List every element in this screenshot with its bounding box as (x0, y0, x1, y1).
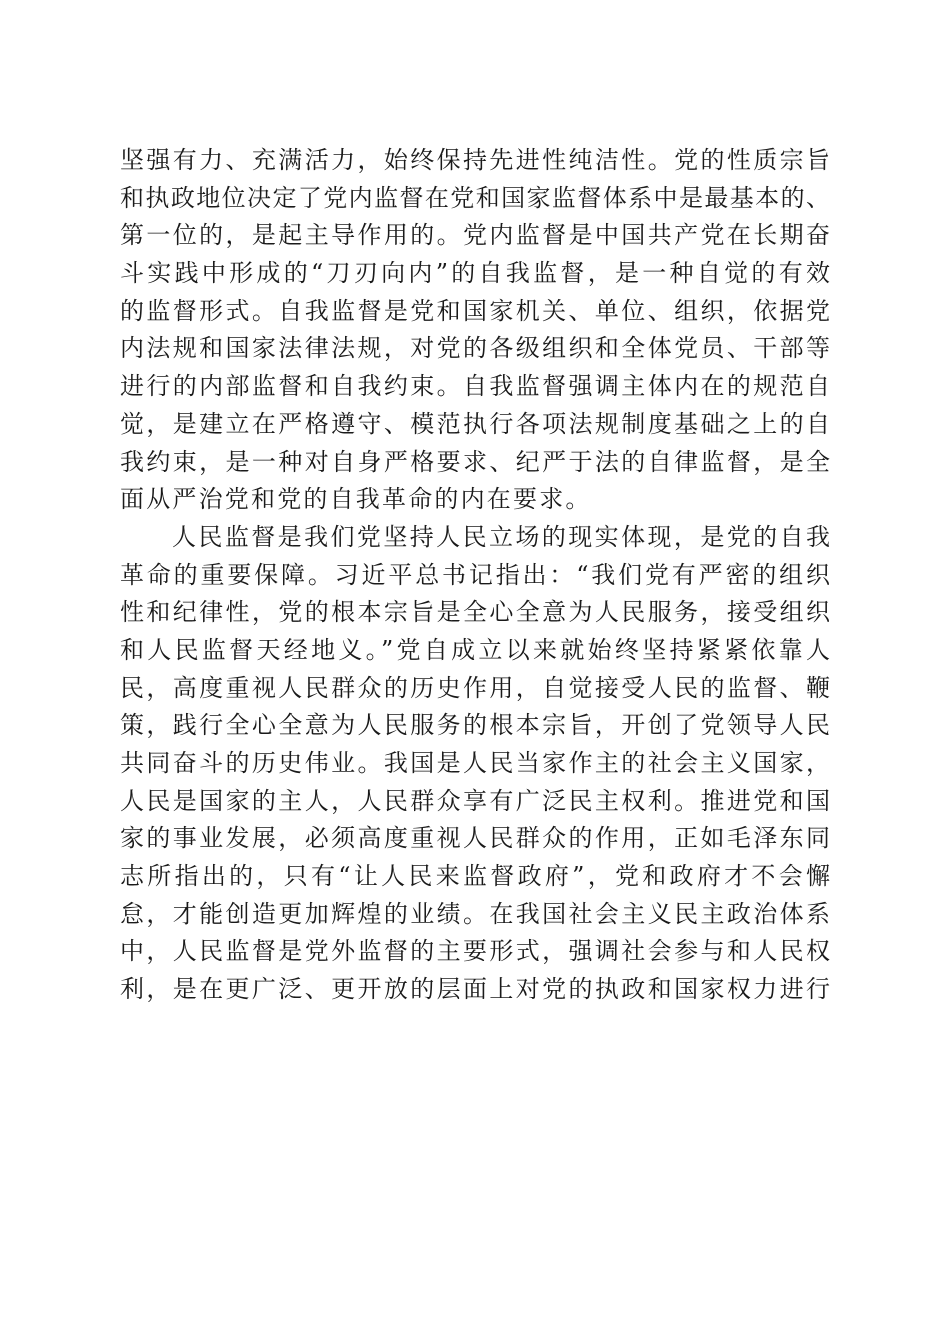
text-line: 我约束，是一种对自身严格要求、纪严于法的自律监督，是全 (120, 444, 830, 482)
text-line: 策，践行全心全意为人民服务的根本宗旨，开创了党领导人民 (120, 707, 830, 745)
text-line: 革命的重要保障。习近平总书记指出：“我们党有严密的组织 (120, 557, 830, 595)
text-line: 和人民监督天经地义。”党自成立以来就始终坚持紧紧依靠人 (120, 632, 830, 670)
text-line: 人民监督是我们党坚持人民立场的现实体现，是党的自我 (120, 519, 830, 557)
paragraph-1: 坚强有力、充满活力，始终保持先进性纯洁性。党的性质宗旨 和执政地位决定了党内监督… (120, 142, 830, 519)
text-line: 性和纪律性，党的根本宗旨是全心全意为人民服务，接受组织 (120, 594, 830, 632)
text-line: 怠，才能创造更加辉煌的业绩。在我国社会主义民主政治体系 (120, 896, 830, 934)
text-line: 民，高度重视人民群众的历史作用，自觉接受人民的监督、鞭 (120, 670, 830, 708)
text-line: 进行的内部监督和自我约束。自我监督强调主体内在的规范自 (120, 368, 830, 406)
text-line: 中，人民监督是党外监督的主要形式，强调社会参与和人民权 (120, 933, 830, 971)
text-line: 共同奋斗的历史伟业。我国是人民当家作主的社会主义国家， (120, 745, 830, 783)
text-line: 坚强有力、充满活力，始终保持先进性纯洁性。党的性质宗旨 (120, 142, 830, 180)
text-line: 斗实践中形成的“刀刃向内”的自我监督，是一种自觉的有效 (120, 255, 830, 293)
text-line: 志所指出的，只有“让人民来监督政府”，党和政府才不会懈 (120, 858, 830, 896)
document-page: 坚强有力、充满活力，始终保持先进性纯洁性。党的性质宗旨 和执政地位决定了党内监督… (0, 0, 950, 1344)
text-line: 内法规和国家法律法规，对党的各级组织和全体党员、干部等 (120, 330, 830, 368)
text-line: 和执政地位决定了党内监督在党和国家监督体系中是最基本的、 (120, 180, 830, 218)
paragraph-2: 人民监督是我们党坚持人民立场的现实体现，是党的自我 革命的重要保障。习近平总书记… (120, 519, 830, 1009)
text-line: 的监督形式。自我监督是党和国家机关、单位、组织，依据党 (120, 293, 830, 331)
text-line: 觉，是建立在严格遵守、模范执行各项法规制度基础之上的自 (120, 406, 830, 444)
text-line: 面从严治党和党的自我革命的内在要求。 (120, 481, 830, 519)
text-line: 第一位的，是起主导作用的。党内监督是中国共产党在长期奋 (120, 217, 830, 255)
text-line: 利，是在更广泛、更开放的层面上对党的执政和国家权力进行 (120, 971, 830, 1009)
text-line: 家的事业发展，必须高度重视人民群众的作用，正如毛泽东同 (120, 820, 830, 858)
document-body: 坚强有力、充满活力，始终保持先进性纯洁性。党的性质宗旨 和执政地位决定了党内监督… (120, 142, 830, 1009)
text-line: 人民是国家的主人，人民群众享有广泛民主权利。推进党和国 (120, 783, 830, 821)
